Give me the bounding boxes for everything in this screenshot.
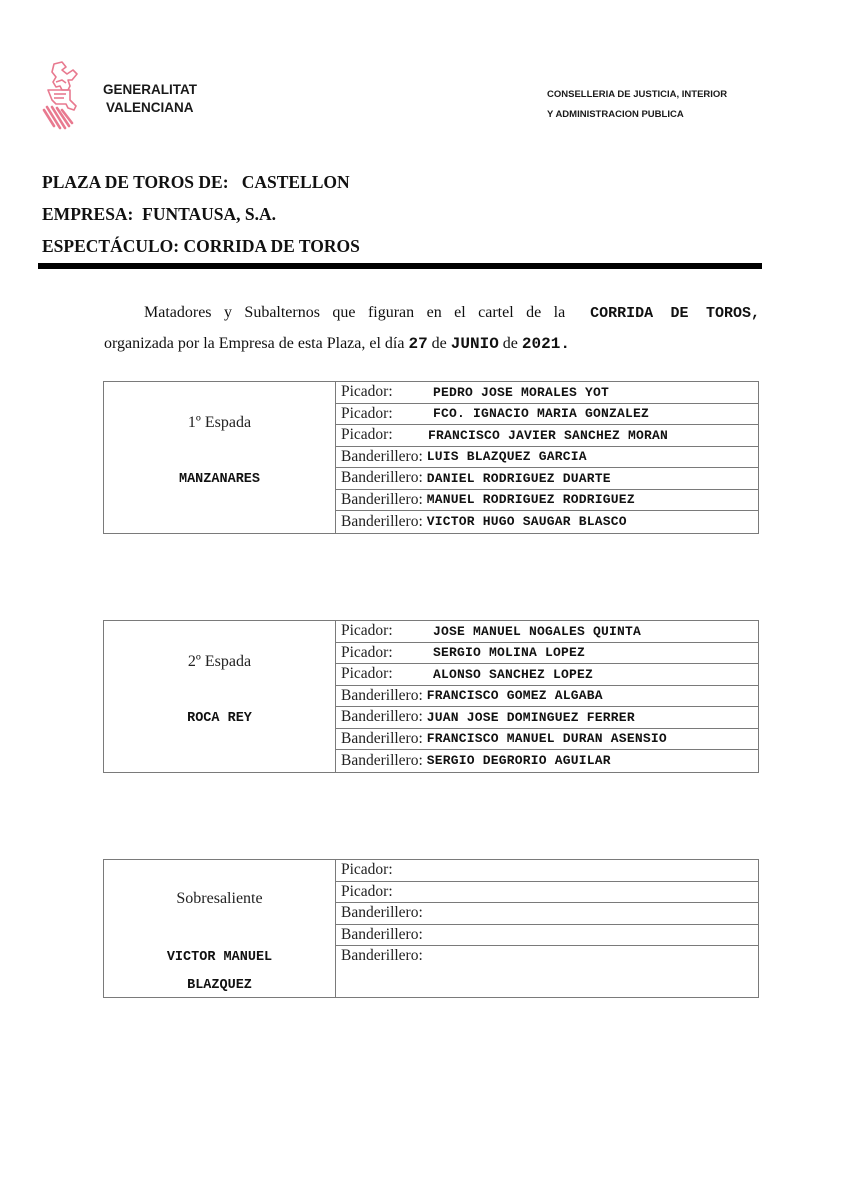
espectaculo-line: ESPECTÁCULO: CORRIDA DE TOROS	[42, 234, 360, 266]
row-label: Banderillero:	[341, 491, 423, 509]
row-label: Banderillero:	[341, 448, 423, 466]
event-type-bold: CORRIDA DE TOROS,	[590, 305, 760, 322]
subalterno-row: Picador:FRANCISCO JAVIER SANCHEZ MORAN	[336, 425, 758, 447]
empresa-label: EMPRESA:	[42, 204, 133, 224]
subalterno-row: Banderillero: FRANCISCO MANUEL DURAN ASE…	[336, 729, 758, 751]
matador-cell: 1º Espada MANZANARES	[104, 382, 336, 533]
intro-de-2: de	[503, 335, 518, 352]
subalterno-row: Picador:ALONSO SANCHEZ LOPEZ	[336, 664, 758, 686]
row-label: Picador:	[341, 405, 433, 423]
dept-line-1: CONSELLERIA DE JUSTICIA, INTERIOR	[547, 85, 727, 105]
plaza-value: CASTELLON	[242, 172, 350, 192]
department-name: CONSELLERIA DE JUSTICIA, INTERIOR Y ADMI…	[547, 85, 727, 125]
row-label: Banderillero:	[341, 947, 423, 965]
event-year: 2021.	[522, 335, 570, 353]
sobresaliente-cell: Sobresaliente VICTOR MANUEL BLAZQUEZ	[104, 860, 336, 997]
row-label: Picador:	[341, 426, 428, 444]
organization-name: GENERALITAT VALENCIANA	[103, 81, 197, 117]
row-label: Banderillero:	[341, 904, 423, 922]
cuadrilla-table-2: 2º Espada ROCA REY Picador:JOSE MANUEL N…	[103, 620, 759, 773]
row-label: Picador:	[341, 861, 393, 879]
matador-name: ROCA REY	[104, 711, 335, 726]
org-line-1: GENERALITAT	[103, 81, 197, 99]
row-label: Picador:	[341, 644, 433, 662]
row-name: DANIEL RODRIGUEZ DUARTE	[427, 471, 611, 486]
row-name: LUIS BLAZQUEZ GARCIA	[427, 449, 587, 464]
empresa-line: EMPRESA: FUNTAUSA, S.A.	[42, 202, 360, 234]
row-name: FRANCISCO GOMEZ ALGABA	[427, 688, 603, 703]
subalterno-row: Banderillero: JUAN JOSE DOMINGUEZ FERRER	[336, 707, 758, 729]
subalterno-row: Banderillero:	[336, 925, 758, 947]
subalterno-row: Banderillero: LUIS BLAZQUEZ GARCIA	[336, 447, 758, 469]
subalterno-row: Banderillero: DANIEL RODRIGUEZ DUARTE	[336, 468, 758, 490]
sobresaliente-name-line-1: VICTOR MANUEL	[104, 950, 335, 965]
subalterno-row: Picador:JOSE MANUEL NOGALES QUINTA	[336, 621, 758, 643]
subalterno-row: Banderillero: MANUEL RODRIGUEZ RODRIGUEZ	[336, 490, 758, 512]
espectaculo-value: CORRIDA DE TOROS	[183, 236, 359, 256]
generalitat-valenciana-crest-icon	[40, 60, 82, 132]
row-label: Picador:	[341, 622, 433, 640]
event-day: 27	[408, 335, 427, 353]
sobresaliente-name-line-2: BLAZQUEZ	[104, 978, 335, 993]
header-divider	[38, 263, 762, 269]
subalterno-row: Picador:	[336, 882, 758, 904]
row-label: Banderillero:	[341, 469, 423, 487]
subalterno-row: Picador:SERGIO MOLINA LOPEZ	[336, 643, 758, 665]
subalterno-row: Picador:PEDRO JOSE MORALES YOT	[336, 382, 758, 404]
subalterno-row: Picador:	[336, 860, 758, 882]
subalternos-list: Picador:JOSE MANUEL NOGALES QUINTA Picad…	[336, 621, 758, 772]
role-label: 1º Espada	[104, 414, 335, 432]
row-name: FCO. IGNACIO MARIA GONZALEZ	[433, 406, 649, 421]
intro-line-1: Matadores y Subalternos que figuran en e…	[104, 298, 760, 329]
subalterno-row: Banderillero: VICTOR HUGO SAUGAR BLASCO	[336, 511, 758, 533]
matador-name: MANZANARES	[104, 472, 335, 487]
row-label: Banderillero:	[341, 513, 423, 531]
row-name: FRANCISCO MANUEL DURAN ASENSIO	[427, 731, 667, 746]
role-label: Sobresaliente	[104, 890, 335, 908]
intro-paragraph: Matadores y Subalternos que figuran en e…	[104, 298, 760, 359]
event-header: PLAZA DE TOROS DE: CASTELLON EMPRESA: FU…	[42, 170, 360, 266]
subalterno-row: Banderillero:	[336, 946, 758, 997]
espectaculo-label: ESPECTÁCULO:	[42, 236, 179, 256]
intro-text-2: organizada por la Empresa de esta Plaza,…	[104, 335, 404, 352]
subalternos-list: Picador: Picador: Banderillero: Banderil…	[336, 860, 758, 997]
org-line-2: VALENCIANA	[103, 99, 197, 117]
row-label: Picador:	[341, 883, 393, 901]
row-label: Banderillero:	[341, 752, 423, 770]
row-name: JOSE MANUEL NOGALES QUINTA	[433, 624, 641, 639]
row-name: VICTOR HUGO SAUGAR BLASCO	[427, 514, 627, 529]
subalterno-row: Picador:FCO. IGNACIO MARIA GONZALEZ	[336, 404, 758, 426]
event-month: JUNIO	[451, 335, 499, 353]
subalterno-row: Banderillero: FRANCISCO GOMEZ ALGABA	[336, 686, 758, 708]
row-name: MANUEL RODRIGUEZ RODRIGUEZ	[427, 492, 635, 507]
row-label: Banderillero:	[341, 926, 423, 944]
row-name: SERGIO DEGRORIO AGUILAR	[427, 753, 611, 768]
row-label: Banderillero:	[341, 708, 423, 726]
subalternos-list: Picador:PEDRO JOSE MORALES YOT Picador:F…	[336, 382, 758, 533]
intro-text: Matadores y Subalternos que figuran en e…	[144, 304, 565, 321]
role-label: 2º Espada	[104, 653, 335, 671]
row-name: JUAN JOSE DOMINGUEZ FERRER	[427, 710, 635, 725]
plaza-line: PLAZA DE TOROS DE: CASTELLON	[42, 170, 360, 202]
row-label: Picador:	[341, 665, 433, 683]
subalterno-row: Banderillero: SERGIO DEGRORIO AGUILAR	[336, 750, 758, 772]
row-name: PEDRO JOSE MORALES YOT	[433, 385, 609, 400]
matador-cell: 2º Espada ROCA REY	[104, 621, 336, 772]
empresa-value: FUNTAUSA, S.A.	[142, 204, 276, 224]
row-label: Banderillero:	[341, 730, 423, 748]
plaza-label: PLAZA DE TOROS DE:	[42, 172, 229, 192]
row-name: ALONSO SANCHEZ LOPEZ	[433, 667, 593, 682]
row-label: Picador:	[341, 383, 433, 401]
cuadrilla-table-sobresaliente: Sobresaliente VICTOR MANUEL BLAZQUEZ Pic…	[103, 859, 759, 998]
row-label: Banderillero:	[341, 687, 423, 705]
row-name: SERGIO MOLINA LOPEZ	[433, 645, 585, 660]
subalterno-row: Banderillero:	[336, 903, 758, 925]
cuadrilla-table-1: 1º Espada MANZANARES Picador:PEDRO JOSE …	[103, 381, 759, 534]
row-name: FRANCISCO JAVIER SANCHEZ MORAN	[428, 428, 668, 443]
intro-de: de	[432, 335, 447, 352]
dept-line-2: Y ADMINISTRACION PUBLICA	[547, 105, 727, 125]
intro-line-2: organizada por la Empresa de esta Plaza,…	[104, 329, 760, 359]
